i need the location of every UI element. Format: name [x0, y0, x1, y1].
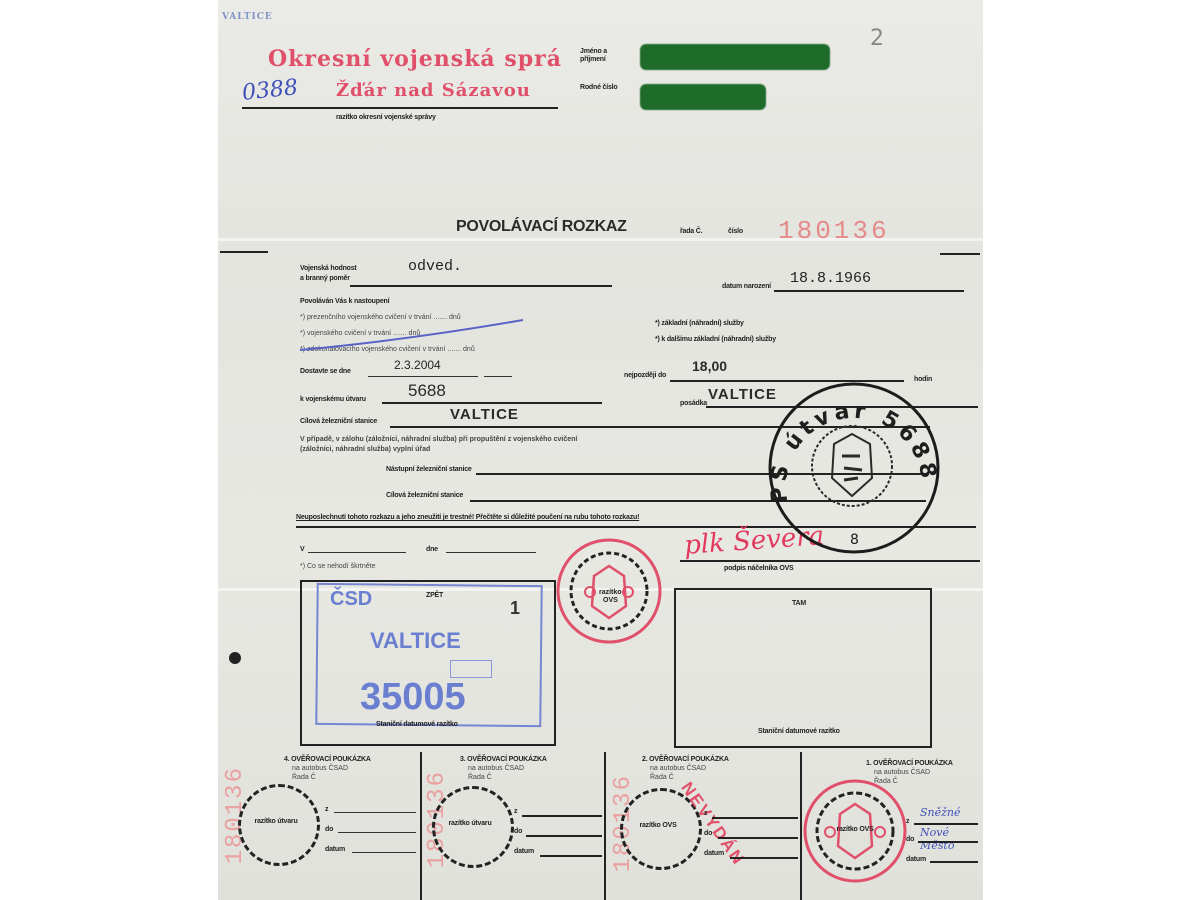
target-station-value: VALTICE — [450, 406, 519, 423]
right-option-1: *) základní (náhradní) služby — [655, 320, 744, 327]
voucher-circle-label: razítko OVS — [636, 822, 680, 830]
target-station-label: Cílová železniční stanice — [300, 418, 377, 425]
report-date-value: 2.3.2004 — [394, 358, 441, 372]
unit-value: 5688 — [408, 381, 446, 401]
note-line-2: (záložníci, náhradní služba) vyplní úřad — [300, 446, 430, 453]
call-up-order-document: VALTICE 2 Okresní vojenská sprá Žďár nad… — [218, 0, 983, 900]
voucher-title: 4. OVĚŘOVACÍ POUKÁZKA — [284, 756, 371, 763]
target-station2-label: Cílová železniční stanice — [386, 492, 463, 499]
voucher-date-label: datum — [325, 846, 345, 853]
punch-hole — [229, 652, 241, 664]
voucher-date-line — [540, 855, 602, 857]
report-time-value: 18,00 — [692, 358, 727, 374]
rank-label-2: a branný poměr — [300, 275, 350, 282]
unit-round-stamp: PS útvar 5688 8 — [764, 378, 944, 558]
report-date-line-2 — [484, 376, 512, 377]
name-redaction — [640, 44, 830, 70]
voucher-circle-label: razítko útvaru — [254, 818, 298, 826]
voucher-date-line — [930, 861, 978, 863]
strike-through-line — [298, 316, 528, 356]
warning-text: Neuposlechnutí tohoto rozkazu a jeho zne… — [296, 514, 639, 521]
handwritten-reference: 0388 — [241, 75, 299, 106]
voucher-subtitle: na autobus ČSAD — [874, 769, 930, 776]
day-label: dne — [426, 546, 438, 553]
voucher-divider — [420, 752, 422, 900]
voucher-to-label: do — [325, 826, 333, 833]
voucher-divider — [604, 752, 606, 900]
place-label: V — [300, 546, 304, 553]
voucher-from-label: z — [906, 818, 909, 825]
voucher-from-label: z — [325, 806, 328, 813]
voucher-subtitle: na autobus ČSAD — [468, 765, 524, 772]
serial-number: 180136 — [778, 216, 890, 246]
voucher-to-line — [526, 835, 602, 837]
report-date-line — [368, 376, 478, 377]
unit-line — [382, 402, 602, 404]
voucher-to-line — [338, 832, 416, 833]
voucher-date-label: datum — [514, 848, 534, 855]
voucher-title: 2. OVĚŘOVACÍ POUKÁZKA — [642, 756, 729, 763]
day-line — [446, 552, 536, 553]
stamp-number: 1 — [510, 598, 520, 619]
rank-line — [350, 285, 612, 287]
signature-label: podpis náčelníka OVS — [724, 565, 794, 572]
svg-text:8: 8 — [850, 532, 859, 548]
voucher-from-label: z — [514, 808, 517, 815]
svg-text:razítko: razítko — [599, 589, 622, 596]
svg-text:OVS: OVS — [603, 597, 618, 604]
voucher-from-line — [712, 817, 798, 819]
outbound-box-caption: Staniční datumové razítko — [758, 728, 840, 735]
voucher-from-line — [334, 812, 416, 813]
number-label: číslo — [728, 228, 743, 235]
voucher-to-label: do — [704, 830, 712, 837]
serial-label: řada Č. — [680, 228, 702, 235]
voucher-subtitle: na autobus ČSAD — [650, 765, 706, 772]
voucher-title: 3. OVĚŘOVACÍ POUKÁZKA — [460, 756, 547, 763]
outbound-box — [674, 588, 932, 748]
right-option-2: *) k dalšímu základní (náhradní) služby — [655, 336, 776, 343]
voucher-from-label: z — [704, 810, 707, 817]
dob-value: 18.8.1966 — [790, 270, 871, 287]
voucher-to-line — [918, 841, 978, 843]
dob-label: datum narození — [722, 283, 771, 290]
voucher-from-line — [522, 815, 602, 817]
boarding-station-label: Nástupní železniční stanice — [386, 466, 472, 473]
voucher-date-line — [352, 852, 416, 853]
voucher-series: Řada Č — [292, 774, 316, 781]
stamp-station: VALTICE — [370, 628, 461, 654]
svg-text:PS útvar 5688: PS útvar 5688 — [766, 399, 941, 505]
voucher-title: 1. OVĚŘOVACÍ POUKÁZKA — [866, 760, 953, 767]
page-number: 2 — [870, 26, 884, 51]
voucher-from-line — [914, 823, 978, 825]
unit-label: k vojenskému útvaru — [300, 396, 366, 403]
voucher-series: Řada Č — [650, 774, 674, 781]
voucher-date-label: datum — [906, 856, 926, 863]
location-label: posádka — [680, 400, 707, 407]
voucher-circle-label: razítko OVS — [833, 826, 877, 834]
top-rule — [940, 253, 980, 255]
birth-number-label: Rodné číslo — [580, 84, 617, 91]
dob-line — [774, 290, 964, 292]
handwritten-from: Sněžné — [920, 806, 961, 819]
rank-label: Vojenská hodnost — [300, 265, 357, 272]
stamp-code: 35005 — [360, 676, 466, 719]
birth-number-redaction — [640, 84, 766, 110]
office-stamp-line1: Okresní vojenská sprá — [268, 46, 562, 72]
office-stamp-line2: Žďár nad Sázavou — [336, 80, 531, 101]
voucher-to-label: do — [514, 828, 522, 835]
handwritten-to: Nové Město — [920, 826, 983, 852]
voucher-to-label: do — [906, 836, 914, 843]
voucher-date-label: datum — [704, 850, 724, 857]
corner-stamp: VALTICE — [222, 12, 273, 22]
report-time-label: nejpozději do — [624, 372, 666, 379]
top-rule — [220, 251, 268, 253]
footnote: *) Co se nehodí škrtněte — [300, 563, 376, 570]
voucher-to-line — [718, 837, 798, 839]
voucher-circle-label: razítko útvaru — [448, 820, 492, 828]
name-label: Jméno a příjmení — [580, 48, 620, 64]
stamp-line — [242, 107, 558, 109]
outbound-box-title: TAM — [792, 600, 806, 607]
return-box-caption: Staniční datumové razítko — [376, 721, 458, 728]
place-line — [308, 552, 406, 553]
voucher-subtitle: na autobus ČSAD — [292, 765, 348, 772]
office-stamp-caption: razítko okresní vojenské správy — [336, 114, 436, 121]
rank-value: odved. — [408, 258, 462, 275]
voucher-date-line — [730, 857, 798, 859]
signature-line — [680, 560, 980, 562]
document-title: POVOLÁVACÍ ROZKAZ — [456, 218, 627, 236]
note-line-1: V případě, v zálohu (záložníci, náhradní… — [300, 436, 577, 443]
voucher-series: Řada Č — [468, 774, 492, 781]
report-date-label: Dostavte se dne — [300, 368, 351, 375]
call-label: Povoláván Vás k nastoupení — [300, 298, 389, 305]
red-state-seal: razítko OVS — [554, 536, 664, 646]
stamp-org: ČSD — [330, 588, 372, 611]
